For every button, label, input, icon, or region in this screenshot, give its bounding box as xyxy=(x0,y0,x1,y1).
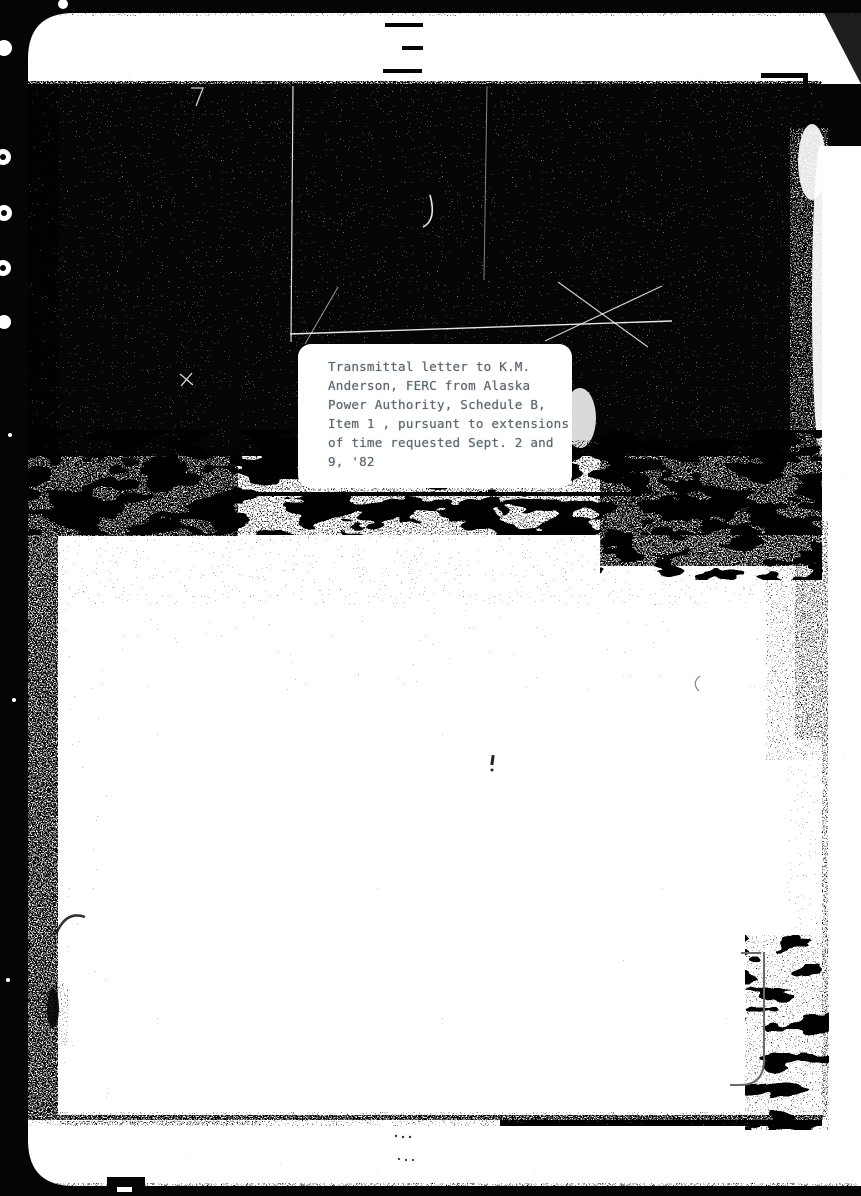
label-line: Power Authority, Schedule B, xyxy=(328,395,566,414)
label-line: of time requested Sept. 2 and xyxy=(328,433,566,452)
sprocket-hole-center xyxy=(0,265,6,271)
dot-mark xyxy=(491,769,494,772)
scanned-document-page: Transmittal letter to K.M. Anderson, FER… xyxy=(0,0,861,1196)
label-line: Transmittal letter to K.M. xyxy=(328,357,566,376)
toner-noise-blob xyxy=(28,13,861,1115)
film-scan-artwork xyxy=(0,0,861,1196)
registration-dash xyxy=(402,46,423,50)
film-edge-speck xyxy=(8,433,12,437)
label-line: Anderson, FERC from Alaska xyxy=(328,376,566,395)
film-edge-speck xyxy=(12,698,16,702)
film-edge-speck xyxy=(6,978,10,982)
film-notch-mark xyxy=(107,1177,145,1192)
sprocket-hole-center xyxy=(0,154,6,160)
catalog-label: Transmittal letter to K.M. Anderson, FER… xyxy=(298,344,572,488)
label-line: 9, '82 xyxy=(328,452,566,471)
sprocket-hole-center xyxy=(1,210,7,216)
label-line: Item 1 , pursuant to extensions xyxy=(328,414,566,433)
registration-dash xyxy=(385,23,423,27)
frame-edge-speckle xyxy=(40,1183,860,1187)
page-bottom-edge-line xyxy=(28,1112,823,1126)
registration-dash xyxy=(383,69,422,73)
frame-edge-speckle xyxy=(28,13,856,16)
